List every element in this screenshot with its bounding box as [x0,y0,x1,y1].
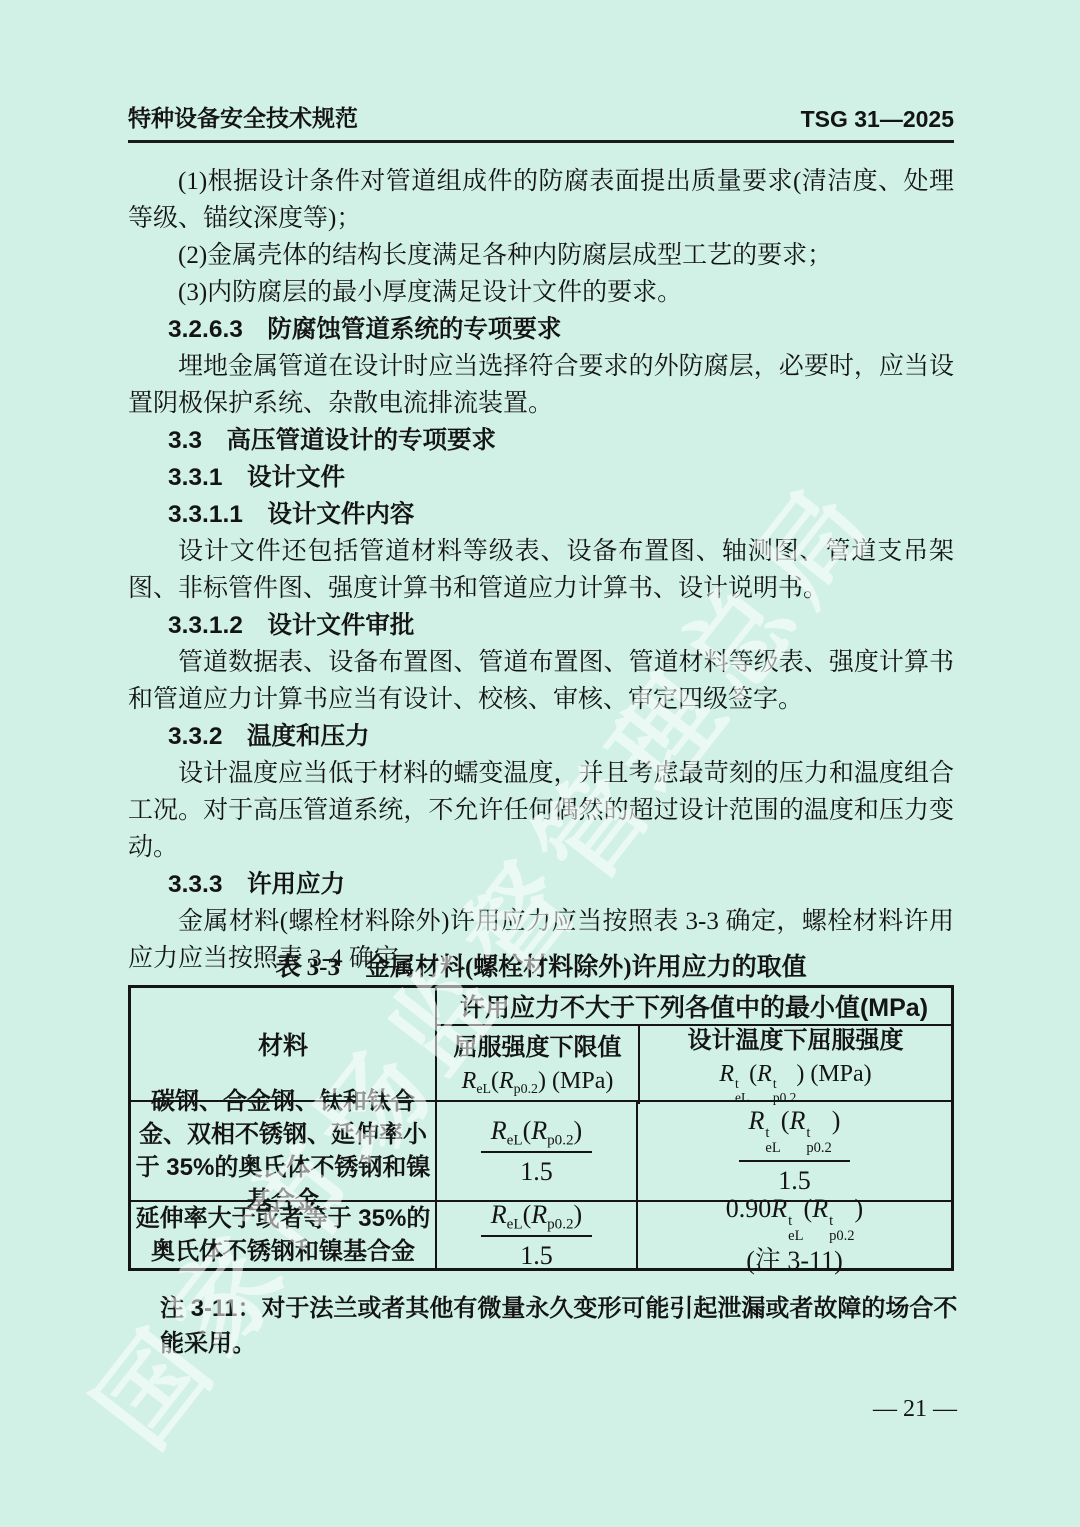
material-cell: 延伸率大于或者等于 35%的奥氏体不锈钢和镍基合金 [131,1202,435,1268]
section-heading: 3.3.1 设计文件 [128,459,954,496]
table-note: 注 3-11：对于法兰或者其他有微量永久变形可能引起泄漏或者故障的场合不能采用。 [160,1288,970,1358]
section-heading: 3.3.1.2 设计文件审批 [128,607,954,644]
fraction-formula: RteL(Rtp0.2) 1.5 [739,1106,851,1196]
allowable-stress-table: 材料 许用应力不大于下列各值中的最小值(MPa) 屈服强度下限值 ReL(Rp0… [128,985,954,1271]
header-cell-yield-lower: 屈服强度下限值 ReL(Rp0.2) (MPa) [437,1026,638,1104]
paragraph: (1)根据设计条件对管道组成件的防腐表面提出质量要求(清洁度、处理等级、锚纹深度… [128,163,954,237]
paragraph: 管道数据表、设备布置图、管道布置图、管道材料等级表、强度计算书和管道应力计算书应… [128,644,954,718]
header-cell-span: 许用应力不大于下列各值中的最小值(MPa) [437,988,951,1026]
paragraph: 设计温度应当低于材料的蠕变温度，并且考虑最苛刻的压力和温度组合工况。对于高压管道… [128,755,954,866]
paragraph: (2)金属壳体的结构长度满足各种内防腐层成型工艺的要求； [128,237,954,274]
section-heading: 3.3.3 许用应力 [128,866,954,903]
table-header: 材料 许用应力不大于下列各值中的最小值(MPa) 屈服强度下限值 ReL(Rp0… [131,988,951,1100]
sub-header-row: 屈服强度下限值 ReL(Rp0.2) (MPa) 设计温度下屈服强度 RteL(… [437,1026,951,1104]
formula: ReL(Rp0.2) (MPa) [462,1065,614,1097]
paragraph: 设计文件还包括管道材料等级表、设备布置图、轴测图、管道支吊架图、非标管件图、强度… [128,533,954,607]
header-cell-material: 材料 [131,988,435,1100]
value-cell: 0.90RteL(Rtp0.2) (注 3-11) [636,1202,951,1268]
header-cell-yield-design-temp: 设计温度下屈服强度 RteL(Rtp0.2) (MPa) [638,1026,951,1104]
material-cell: 碳钢、合金钢、钛和钛合金、双相不锈钢、延伸率小于 35%的奥氏体不锈钢和镍基合金 [131,1102,435,1200]
note-reference: (注 3-11) [746,1244,843,1278]
formula: RteL(Rtp0.2) (MPa) [719,1058,871,1104]
page-number: — 21 — [815,1396,1015,1423]
section-heading: 3.3.2 温度和压力 [128,718,954,755]
doc-number: TSG 31—2025 [801,106,954,133]
page-header: 特种设备安全技术规范 TSG 31—2025 [128,100,954,143]
section-heading: 3.3.1.1 设计文件内容 [128,496,954,533]
value-cell: ReL(Rp0.2) 1.5 [435,1202,636,1268]
header-right-group: 许用应力不大于下列各值中的最小值(MPa) 屈服强度下限值 ReL(Rp0.2)… [435,988,951,1100]
value-cell: RteL(Rtp0.2) 1.5 [636,1102,951,1200]
paragraph: 埋地金属管道在设计时应当选择符合要求的外防腐层，必要时，应当设置阴极保护系统、杂… [128,348,954,422]
fraction-formula: ReL(Rp0.2) 1.5 [481,1116,592,1187]
fraction-formula: ReL(Rp0.2) 1.5 [481,1200,592,1271]
formula: 0.90RteL(Rtp0.2) [726,1192,863,1243]
value-cell: ReL(Rp0.2) 1.5 [435,1102,636,1200]
table-row: 碳钢、合金钢、钛和钛合金、双相不锈钢、延伸率小于 35%的奥氏体不锈钢和镍基合金… [131,1100,951,1200]
table-caption: 表 3-3 金属材料(螺栓材料除外)许用应力的取值 [128,947,954,983]
section-heading: 3.3 高压管道设计的专项要求 [128,422,954,459]
table-row: 延伸率大于或者等于 35%的奥氏体不锈钢和镍基合金 ReL(Rp0.2) 1.5… [131,1200,951,1268]
document-body: (1)根据设计条件对管道组成件的防腐表面提出质量要求(清洁度、处理等级、锚纹深度… [128,163,954,977]
section-heading: 3.2.6.3 防腐蚀管道系统的专项要求 [128,311,954,348]
spec-title: 特种设备安全技术规范 [128,100,358,133]
paragraph: (3)内防腐层的最小厚度满足设计文件的要求。 [128,274,954,311]
document-page: 特种设备安全技术规范 TSG 31—2025 (1)根据设计条件对管道组成件的防… [0,0,1080,1527]
